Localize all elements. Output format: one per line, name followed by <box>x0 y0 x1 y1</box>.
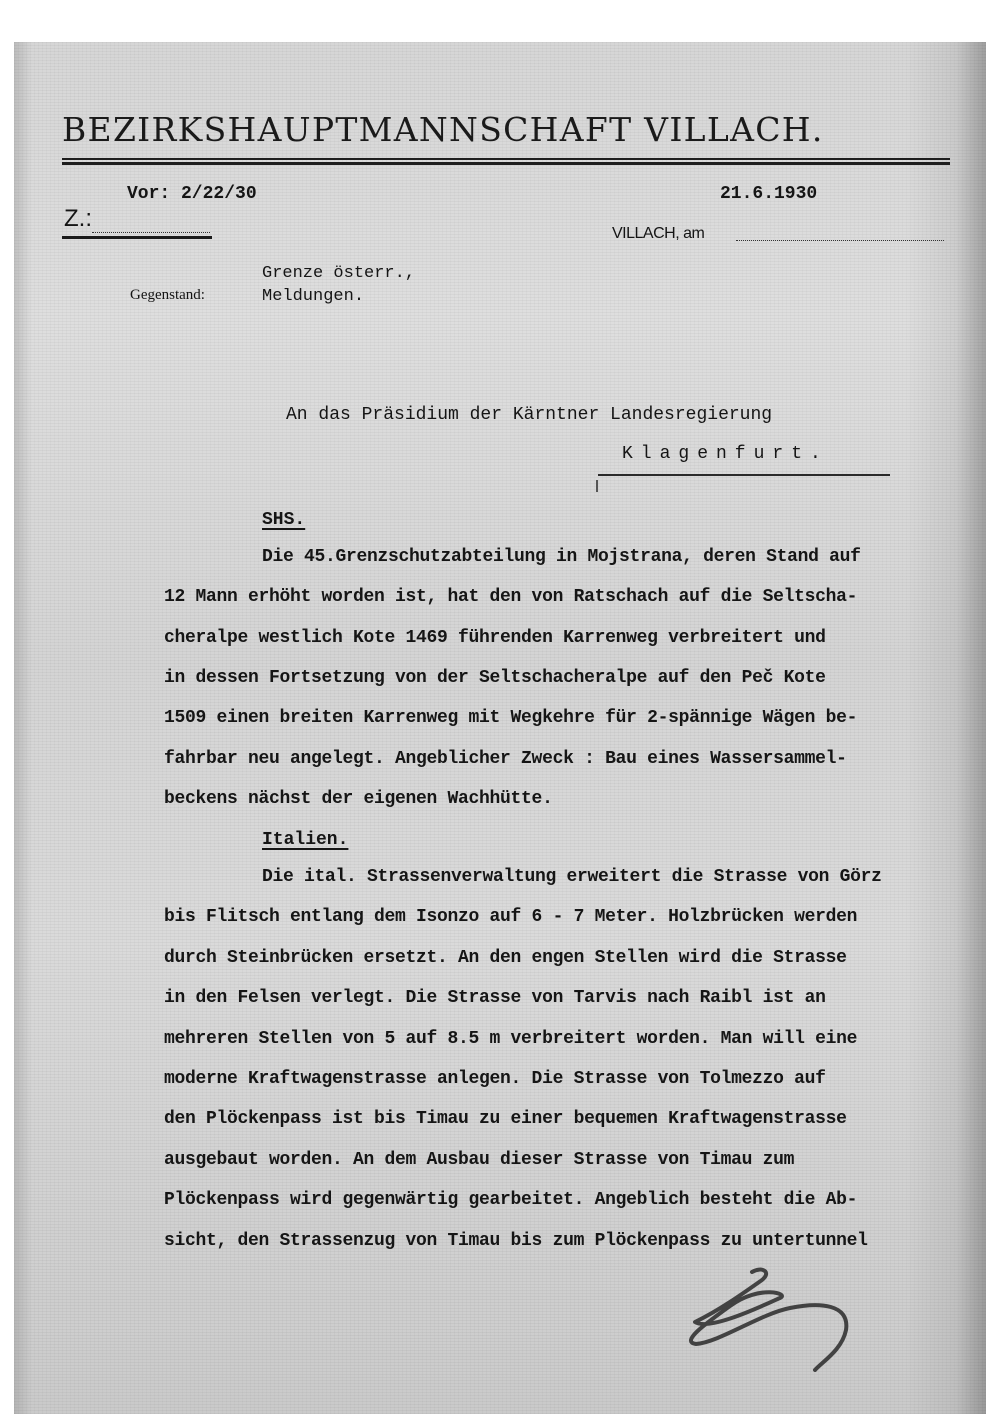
body-text-line: 12 Mann erhöht worden ist, hat den von R… <box>164 587 857 607</box>
subject-line-2: Meldungen. <box>262 287 364 306</box>
body-text-line: beckens nächst der eigenen Wachhütte. <box>164 789 553 809</box>
recipient-line: An das Präsidium der Kärntner Landesregi… <box>286 405 772 425</box>
ink-mark <box>596 480 598 492</box>
z-label: Z.: <box>64 205 92 233</box>
letterhead-title: BEZIRKSHAUPTMANNSCHAFT VILLACH. <box>62 110 824 149</box>
place-date-dotted-line <box>736 240 944 241</box>
subject-label: Gegenstand: <box>130 287 205 304</box>
body-text-line: moderne Kraftwagenstrasse anlegen. Die S… <box>164 1069 826 1089</box>
body-text-line: mehreren Stellen von 5 auf 8.5 m verbrei… <box>164 1029 857 1049</box>
section-heading-italien: Italien. <box>262 830 348 850</box>
body-text-line: sicht, den Strassenzug von Timau bis zum… <box>164 1231 868 1251</box>
body-text-line: Die ital. Strassenverwaltung erweitert d… <box>262 867 882 887</box>
typed-date: 21.6.1930 <box>720 184 817 204</box>
body-text-line: bis Flitsch entlang dem Isonzo auf 6 - 7… <box>164 907 857 927</box>
reference-number: Vor: 2/22/30 <box>127 184 257 204</box>
body-text-line: fahrbar neu angelegt. Angeblicher Zweck … <box>164 749 847 769</box>
body-text-line: cheralpe westlich Kote 1469 führenden Ka… <box>164 628 826 648</box>
body-text-line: ausgebaut worden. An dem Ausbau dieser S… <box>164 1150 794 1170</box>
z-field-underline <box>62 236 212 239</box>
letterhead-rule-thin <box>62 158 950 160</box>
body-text-line: Die 45.Grenzschutzabteilung in Mojstrana… <box>262 547 861 567</box>
recipient-city-underline <box>598 474 890 476</box>
body-text-line: 1509 einen breiten Karrenweg mit Wegkehr… <box>164 708 857 728</box>
body-text-line: in dessen Fortsetzung von der Seltschach… <box>164 668 826 688</box>
letterhead-rule-thick <box>62 162 950 165</box>
body-text-line: durch Steinbrücken ersetzt. An den engen… <box>164 948 847 968</box>
handwritten-signature-icon <box>650 1262 850 1372</box>
place-date-label: VILLACH, am <box>612 225 704 243</box>
body-text-line: Plöckenpass wird gegenwärtig gearbeitet.… <box>164 1190 857 1210</box>
recipient-city: Klagenfurt. <box>622 444 829 464</box>
subject-line-1: Grenze österr., <box>262 264 415 283</box>
section-heading-shs: SHS. <box>262 510 305 530</box>
body-text-line: den Plöckenpass ist bis Timau zu einer b… <box>164 1109 847 1129</box>
body-text-line: in den Felsen verlegt. Die Strasse von T… <box>164 988 826 1008</box>
z-field-dotted-line <box>92 232 210 233</box>
